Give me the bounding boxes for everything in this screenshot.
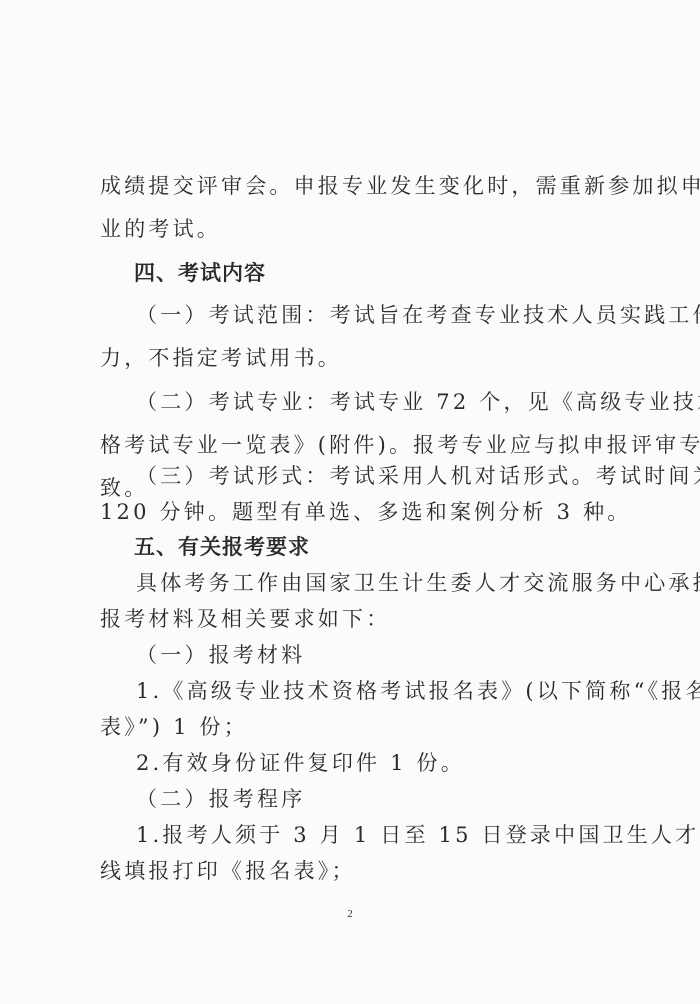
subheading-procedure: （二）报考程序 <box>136 785 640 813</box>
paragraph-line: 线填报打印《报名表》； <box>100 857 604 885</box>
paragraph-line: 力，不指定考试用书。 <box>100 344 604 372</box>
paragraph-line: 成绩提交评审会。申报专业发生变化时，需重新参加拟申报专 <box>100 172 604 200</box>
paragraph-line: 格考试专业一览表》(附件)。报考专业应与拟申报评审专业一 <box>100 431 604 459</box>
paragraph-line: （二）考试专业：考试专业 72 个，见《高级专业技术资 <box>136 388 640 416</box>
paragraph-line: 报考材料及相关要求如下： <box>100 605 604 633</box>
section-heading-registration-requirements: 五、有关报考要求 <box>134 533 638 561</box>
paragraph-line: （三）考试形式：考试采用人机对话形式。考试时间为 <box>136 462 640 490</box>
page-number: 2 <box>340 908 360 920</box>
subheading-materials: （一）报考材料 <box>136 641 640 669</box>
paragraph-line: 2.有效身份证件复印件 1 份。 <box>136 749 640 777</box>
paragraph-line: 120 分钟。题型有单选、多选和案例分析 3 种。 <box>100 498 604 526</box>
paragraph-line: 表》”) 1 份； <box>100 713 604 741</box>
paragraph-line: 1.《高级专业技术资格考试报名表》(以下简称“《报名 <box>136 677 640 705</box>
paragraph-line: 具体考务工作由国家卫生计生委人才交流服务中心承担， <box>136 569 640 597</box>
paragraph-line: 1.报考人须于 3 月 1 日至 15 日登录中国卫生人才网，在 <box>136 821 640 849</box>
document-page: 成绩提交评审会。申报专业发生变化时，需重新参加拟申报专 业的考试。 四、考试内容… <box>0 0 700 1004</box>
section-heading-exam-content: 四、考试内容 <box>134 259 638 287</box>
paragraph-line: 业的考试。 <box>100 215 604 243</box>
paragraph-line: （一）考试范围：考试旨在考查专业技术人员实践工作能 <box>136 301 640 329</box>
